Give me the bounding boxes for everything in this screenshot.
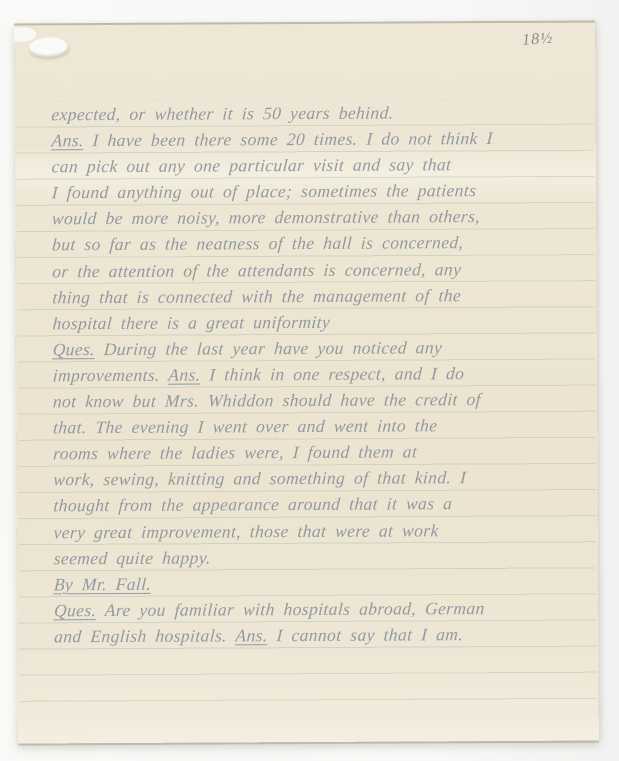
handwriting: hospital there is a great uniformity	[52, 312, 331, 333]
handwriting: I found anything out of place; sometimes…	[51, 180, 477, 202]
manuscript-line: Ans. I have been there some 20 times. I …	[51, 125, 581, 154]
underlined-handwriting: Ans.	[51, 130, 85, 150]
manuscript-line: not know but Mrs. Whiddon should have th…	[52, 386, 582, 415]
manuscript-page: 18½ expected, or whether it is 50 years …	[14, 20, 599, 743]
handwriting: not know but Mrs. Whiddon should have th…	[52, 389, 481, 411]
handwriting: During the last year have you noticed an…	[94, 337, 442, 359]
handwriting: I cannot say that I am.	[267, 624, 464, 645]
handwriting: improvements.	[52, 365, 169, 386]
handwriting: I have been there some 20 times. I do no…	[83, 128, 493, 150]
manuscript-line: Ques. Are you familiar with hospitals ab…	[53, 594, 583, 623]
manuscript-line: thing that is connected with the managem…	[52, 281, 582, 310]
manuscript-line: that. The evening I went over and went i…	[52, 412, 582, 441]
manuscript-line: hospital there is a great uniformity	[52, 307, 582, 336]
manuscript-line: very great improvement, those that were …	[53, 516, 583, 545]
handwriting: but so far as the neatness of the hall i…	[52, 233, 465, 255]
handwriting: seemed quite happy.	[53, 547, 211, 568]
handwriting: thought from the appearance around that …	[53, 494, 453, 516]
handwriting: I think in one respect, and I do	[200, 363, 465, 384]
underlined-handwriting: Ans.	[168, 364, 202, 384]
manuscript-lines: expected, or whether it is 50 years behi…	[51, 99, 582, 650]
handwriting: and English hospitals.	[54, 625, 237, 646]
scan-background: 18½ expected, or whether it is 50 years …	[0, 0, 619, 761]
manuscript-line: seemed quite happy.	[53, 542, 583, 571]
manuscript-line: expected, or whether it is 50 years behi…	[51, 99, 581, 128]
handwriting: can pick out any one particular visit an…	[51, 154, 452, 176]
manuscript-line: rooms where the ladies were, I found the…	[52, 438, 582, 467]
manuscript-line: or the attention of the attendants is co…	[51, 255, 581, 284]
manuscript-line: I found anything out of place; sometimes…	[51, 177, 581, 206]
handwriting: would be more noisy, more demonstrative …	[51, 206, 480, 228]
manuscript-line: By Mr. Fall.	[53, 568, 583, 597]
handwriting: rooms where the ladies were, I found the…	[53, 442, 418, 464]
underlined-handwriting: Ques.	[52, 339, 96, 359]
handwriting: or the attention of the attendants is co…	[52, 259, 462, 281]
manuscript-line: and English hospitals. Ans. I cannot say…	[53, 620, 583, 649]
handwriting: Are you familiar with hospitals abroad, …	[96, 598, 486, 620]
manuscript-line: but so far as the neatness of the hall i…	[51, 229, 581, 258]
manuscript-line: thought from the appearance around that …	[53, 490, 583, 519]
manuscript-line: would be more noisy, more demonstrative …	[51, 203, 581, 232]
handwriting: that. The evening I went over and went i…	[53, 415, 439, 437]
handwriting: very great improvement, those that were …	[53, 520, 439, 542]
handwriting: work, sewing, knitting and something of …	[53, 467, 467, 489]
manuscript-line: can pick out any one particular visit an…	[51, 151, 581, 180]
underlined-handwriting: Ans.	[235, 625, 269, 645]
manuscript-line: work, sewing, knitting and something of …	[53, 464, 583, 493]
underlined-handwriting: Ques.	[53, 600, 97, 620]
manuscript-line: improvements. Ans. I think in one respec…	[52, 359, 582, 388]
paper-tear-chip	[28, 37, 68, 57]
manuscript-line: Ques. During the last year have you noti…	[52, 333, 582, 362]
page-number: 18½	[522, 30, 554, 50]
handwriting: thing that is connected with the managem…	[52, 285, 462, 307]
underlined-handwriting: By Mr. Fall.	[53, 573, 152, 594]
handwriting: expected, or whether it is 50 years behi…	[51, 103, 394, 125]
